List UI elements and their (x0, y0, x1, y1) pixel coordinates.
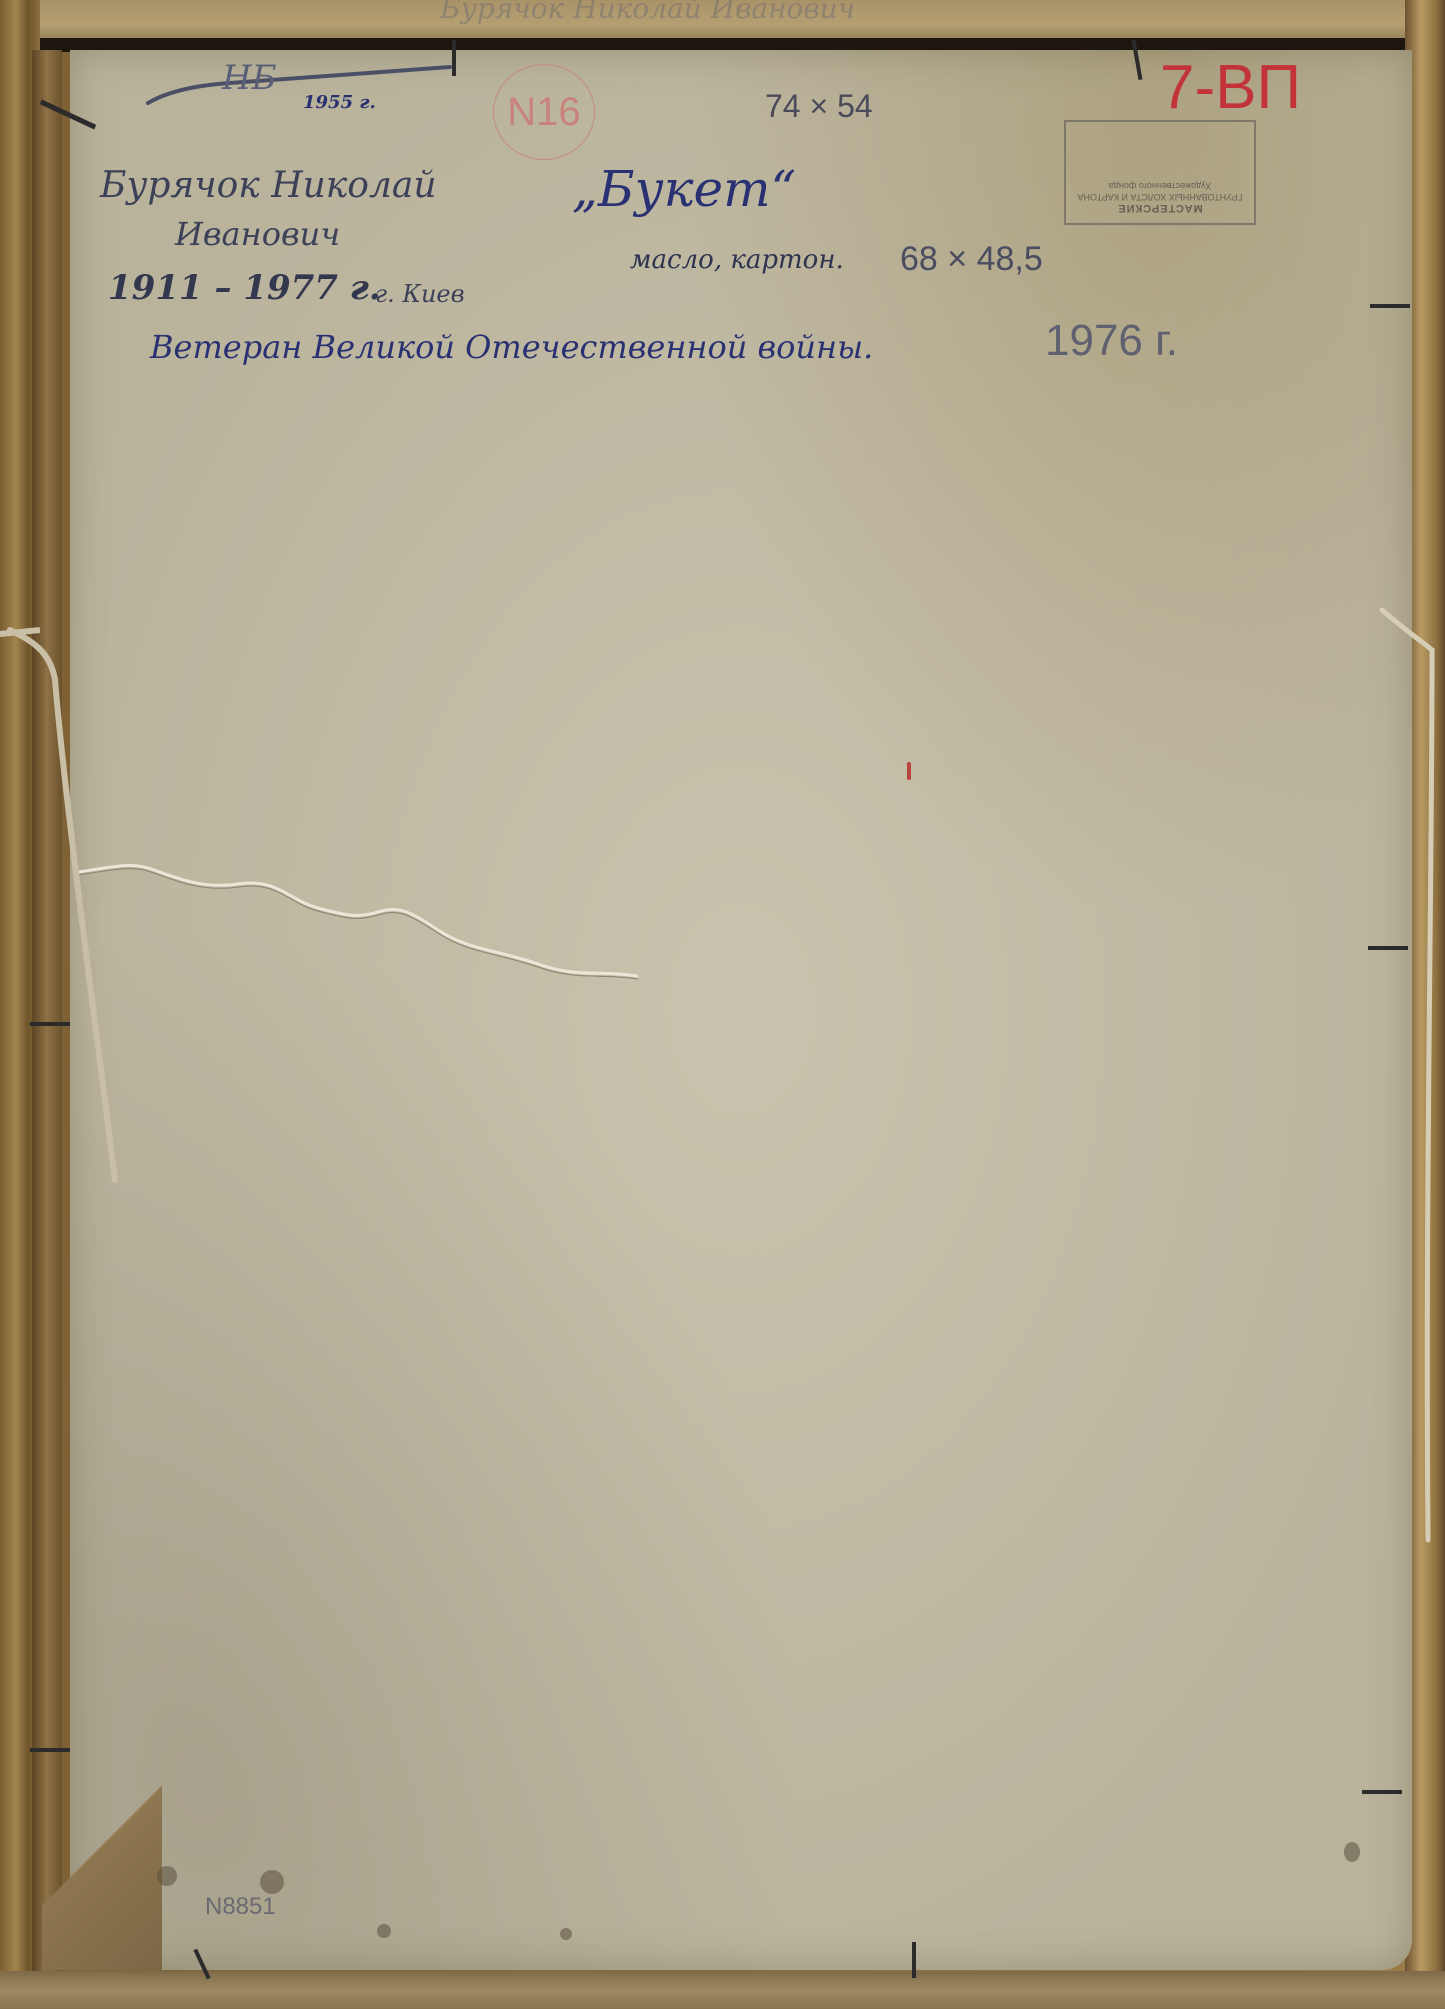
stain (560, 1928, 572, 1940)
painting-title: „Букет“ (572, 160, 796, 218)
torn-corner (42, 1780, 162, 1970)
hanging-twine-right (1370, 600, 1445, 1550)
artist-years: 1911 – 1977 г. (108, 268, 381, 308)
nail-top-center (452, 40, 456, 76)
nail-right-1 (1370, 304, 1410, 308)
artist-patronymic: Иванович (175, 215, 340, 253)
hanging-twine-left (0, 600, 140, 1200)
bottom-number: N8851 (205, 1893, 276, 1921)
frame-top-inscription: Бурячок Николай Иванович (440, 0, 855, 25)
dimensions-top: 74 × 54 (765, 88, 873, 125)
year-1955: 1955 г. (303, 92, 376, 113)
nail-right-3 (1362, 1790, 1402, 1794)
frame-bottom-rail (0, 1971, 1445, 2009)
cardboard-crack (78, 860, 838, 980)
stamp-title: МАСТЕРСКИЕ (1066, 202, 1254, 213)
stain (377, 1924, 391, 1938)
city: г. Киев (375, 280, 465, 308)
veteran-note: Ветеран Великой Отечественной войны. (150, 328, 873, 366)
nail-left-2 (30, 1748, 70, 1752)
stain (157, 1866, 177, 1886)
pencil-stroke-mark (140, 55, 460, 115)
frame-top-rail: Бурячок Николай Иванович (0, 0, 1445, 42)
nail-bottom-2 (912, 1942, 916, 1978)
red-mark (907, 762, 911, 780)
medium: масло, картон. (630, 245, 844, 275)
stain (1344, 1842, 1360, 1862)
painting-size: 68 × 48,5 (900, 240, 1043, 279)
inscription-date: 1976 г. (1045, 316, 1178, 366)
workshop-stamp: МАСТЕРСКИЕ ГРУНТОВАННЫХ ХОЛСТА И КАРТОНА… (1064, 120, 1256, 225)
stain (260, 1870, 284, 1894)
circled-number: N16 (493, 64, 595, 160)
stamp-line-2: ГРУНТОВАННЫХ ХОЛСТА И КАРТОНА (1066, 191, 1254, 202)
artist-name: Бурячок Николай (100, 165, 437, 206)
initials-mark: НБ (222, 58, 277, 98)
stamp-line-3: Художественного фонда (1066, 180, 1254, 191)
inventory-code: 7-ВП (1160, 52, 1301, 123)
